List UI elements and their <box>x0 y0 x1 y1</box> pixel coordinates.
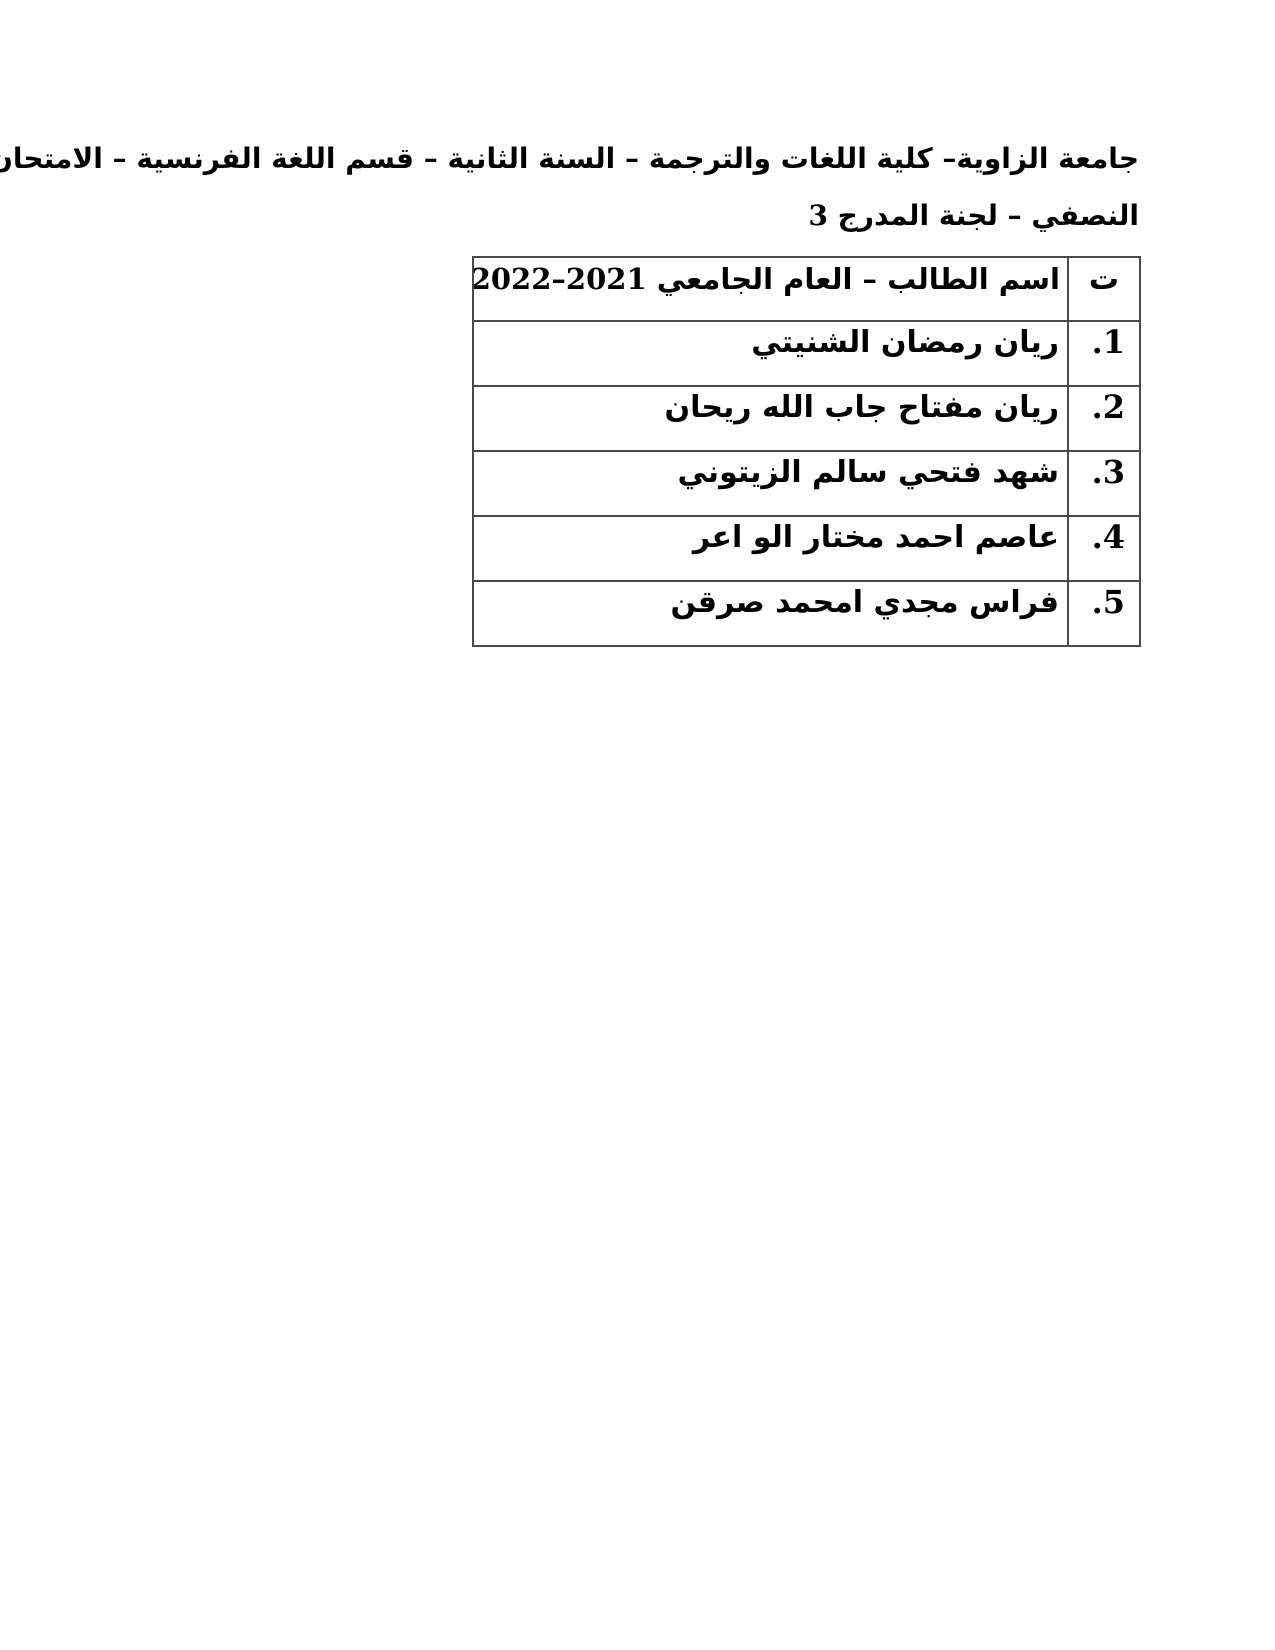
student-name: شهد فتحي سالم الزيتوني <box>473 451 1068 516</box>
student-name: عاصم احمد مختار الو اعر <box>473 516 1068 581</box>
table-header-row: ت اسم الطالب – العام الجامعي 2021–2022 <box>473 257 1140 321</box>
row-number: 1. <box>1068 321 1140 386</box>
row-number: 3. <box>1068 451 1140 516</box>
table-row: 3. شهد فتحي سالم الزيتوني <box>473 451 1140 516</box>
document-title: جامعة الزاوية– كلية اللغات والترجمة – ال… <box>0 130 1139 244</box>
document-page: جامعة الزاوية– كلية اللغات والترجمة – ال… <box>0 0 1275 1650</box>
column-header-student-name: اسم الطالب – العام الجامعي 2021–2022 <box>473 257 1068 321</box>
student-name: ريان مفتاح جاب الله ريحان <box>473 386 1068 451</box>
row-number: 5. <box>1068 581 1140 646</box>
student-name: فراس مجدي امحمد صرقن <box>473 581 1068 646</box>
table-row: 4. عاصم احمد مختار الو اعر <box>473 516 1140 581</box>
table-row: 1. ريان رمضان الشنيتي <box>473 321 1140 386</box>
document-title-line-1: جامعة الزاوية– كلية اللغات والترجمة – ال… <box>0 130 1139 187</box>
table-row: 5. فراس مجدي امحمد صرقن <box>473 581 1140 646</box>
document-title-line-2: النصفي – لجنة المدرج 3 <box>0 187 1139 244</box>
column-header-index: ت <box>1068 257 1140 321</box>
row-number: 4. <box>1068 516 1140 581</box>
row-number: 2. <box>1068 386 1140 451</box>
students-table: ت اسم الطالب – العام الجامعي 2021–2022 1… <box>472 256 1141 647</box>
table-row: 2. ريان مفتاح جاب الله ريحان <box>473 386 1140 451</box>
student-name: ريان رمضان الشنيتي <box>473 321 1068 386</box>
